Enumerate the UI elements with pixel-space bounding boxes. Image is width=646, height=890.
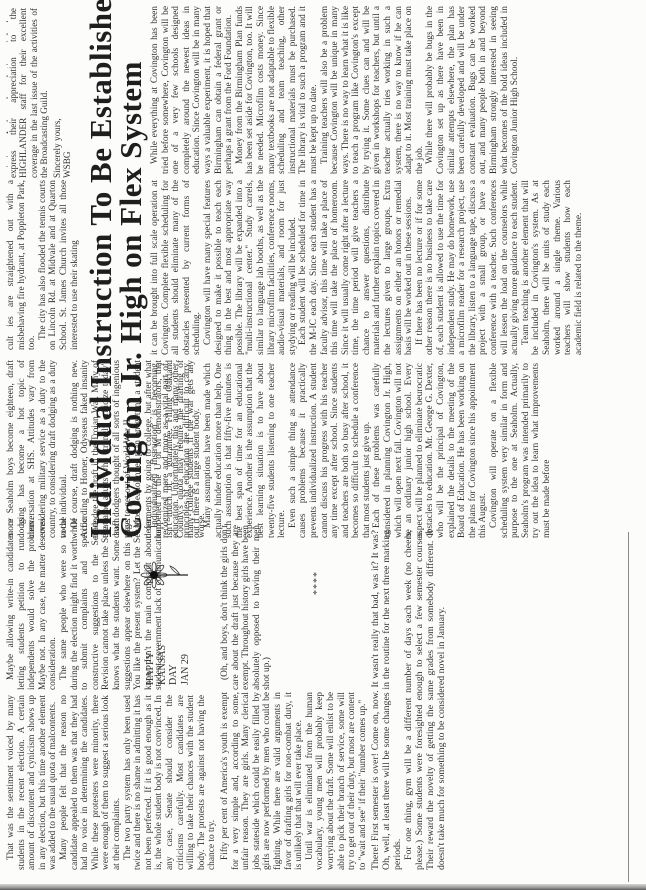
article-paragraph: Many assumptions have been made which ac… bbox=[203, 363, 288, 538]
semester-paragraph: There! First semester is over! Come on, … bbox=[370, 530, 403, 870]
article-paragraph: Each of these problems was carefully con… bbox=[372, 363, 489, 538]
letter-signature: WSBG bbox=[62, 8, 72, 178]
kansas-day-line: JAN 29 bbox=[180, 595, 192, 685]
article-paragraph: Covington will operate on a flexible sch… bbox=[489, 363, 553, 538]
article-paragraph: Team teaching is another element that wi… bbox=[521, 180, 585, 355]
skating-paragraph: cult ies are straightened out with a mis… bbox=[6, 180, 38, 350]
semester-note: There! First semester is over! Come on, … bbox=[370, 530, 490, 870]
kansas-day-line: HAPPY bbox=[145, 595, 157, 685]
draft-paragraph: Fifty per cent of America's youth is exe… bbox=[220, 692, 305, 870]
kansas-day-line: KANSAS bbox=[157, 595, 169, 685]
draft-paragraph: Until war is eliminated from the human v… bbox=[305, 692, 369, 870]
article-column-1: Individualized instruction is becoming r… bbox=[150, 363, 620, 538]
editorial-paragraph: Many people felt that the reason no cand… bbox=[59, 695, 123, 870]
article-paragraph: Each student will be scheduled for time … bbox=[298, 180, 415, 355]
article-paragraph: While everything at Covington has been t… bbox=[150, 6, 235, 174]
letter-closing: Sincerely yours, bbox=[52, 8, 62, 178]
article-paragraph: it can be brought into full scale operat… bbox=[150, 180, 203, 355]
letter-overlay: express their appreciation to the HIGHLA… bbox=[8, 8, 78, 178]
skating-paragraph: The city has also flooded the tennis cou… bbox=[38, 180, 80, 350]
article-paragraph: Money from the Birmingham Plan funds has… bbox=[235, 6, 320, 174]
article-paragraph: Individualized instruction is becoming r… bbox=[150, 363, 203, 538]
letter-rotated: express their appreciation to the HIGHLA… bbox=[8, 8, 78, 178]
kansas-day-notice: HAPPY KANSAS DAY JAN 29 bbox=[145, 595, 191, 685]
editorial-paragraph: The two party system has only been used … bbox=[123, 695, 218, 870]
editorial-paragraph: That was the sentiment voiced by many st… bbox=[6, 695, 59, 870]
newspaper-page: That was the sentiment voiced by many st… bbox=[0, 0, 646, 890]
draft-paragraph: (Oh, and boys, don't think the girls don… bbox=[220, 525, 273, 690]
editorial-paragraph: Maybe allowing write-in candidates or le… bbox=[6, 518, 59, 690]
draft-column-postscript: (Oh, and boys, don't think the girls don… bbox=[220, 525, 340, 690]
article-paragraph: Training teachers will also be a problem… bbox=[320, 6, 426, 174]
article-column-2: it can be brought into full scale operat… bbox=[150, 180, 620, 355]
skating-column-1: cult ies are straightened out with a mis… bbox=[6, 180, 86, 350]
editorial-column-1: That was the sentiment voiced by many st… bbox=[6, 695, 206, 870]
article-column-3: While everything at Covington has been t… bbox=[150, 6, 620, 174]
letter-paragraph: express their appreciation to the HIGHLA… bbox=[8, 8, 50, 178]
article-paragraph: Covington will have many special feature… bbox=[203, 180, 298, 355]
draft-paragraph: more Seaholm boys become eighteen, draft… bbox=[6, 360, 70, 538]
daisy-flower-icon bbox=[140, 560, 190, 590]
page-bottom-rule bbox=[628, 532, 629, 882]
article-headline-line-1: Individual Instruction To Be Established bbox=[86, 0, 116, 538]
section-separator-stars: **** bbox=[312, 571, 323, 595]
article-headline-line-2: Covington Jr. High on Flex System bbox=[116, 61, 146, 538]
article-paragraph: Even such a simple thing as attendance c… bbox=[288, 363, 373, 538]
scan-edge-shadow bbox=[0, 884, 646, 890]
semester-paragraph: For one thing, gym will be a different n… bbox=[403, 530, 447, 870]
kansas-day-line: DAY bbox=[168, 595, 180, 685]
scanned-newspaper-viewport: That was the sentiment voiced by many st… bbox=[0, 0, 646, 890]
article-paragraph: While there will probably be bugs in the… bbox=[425, 6, 520, 174]
article-paragraph: If there has been no lecture or if for s… bbox=[415, 180, 521, 355]
